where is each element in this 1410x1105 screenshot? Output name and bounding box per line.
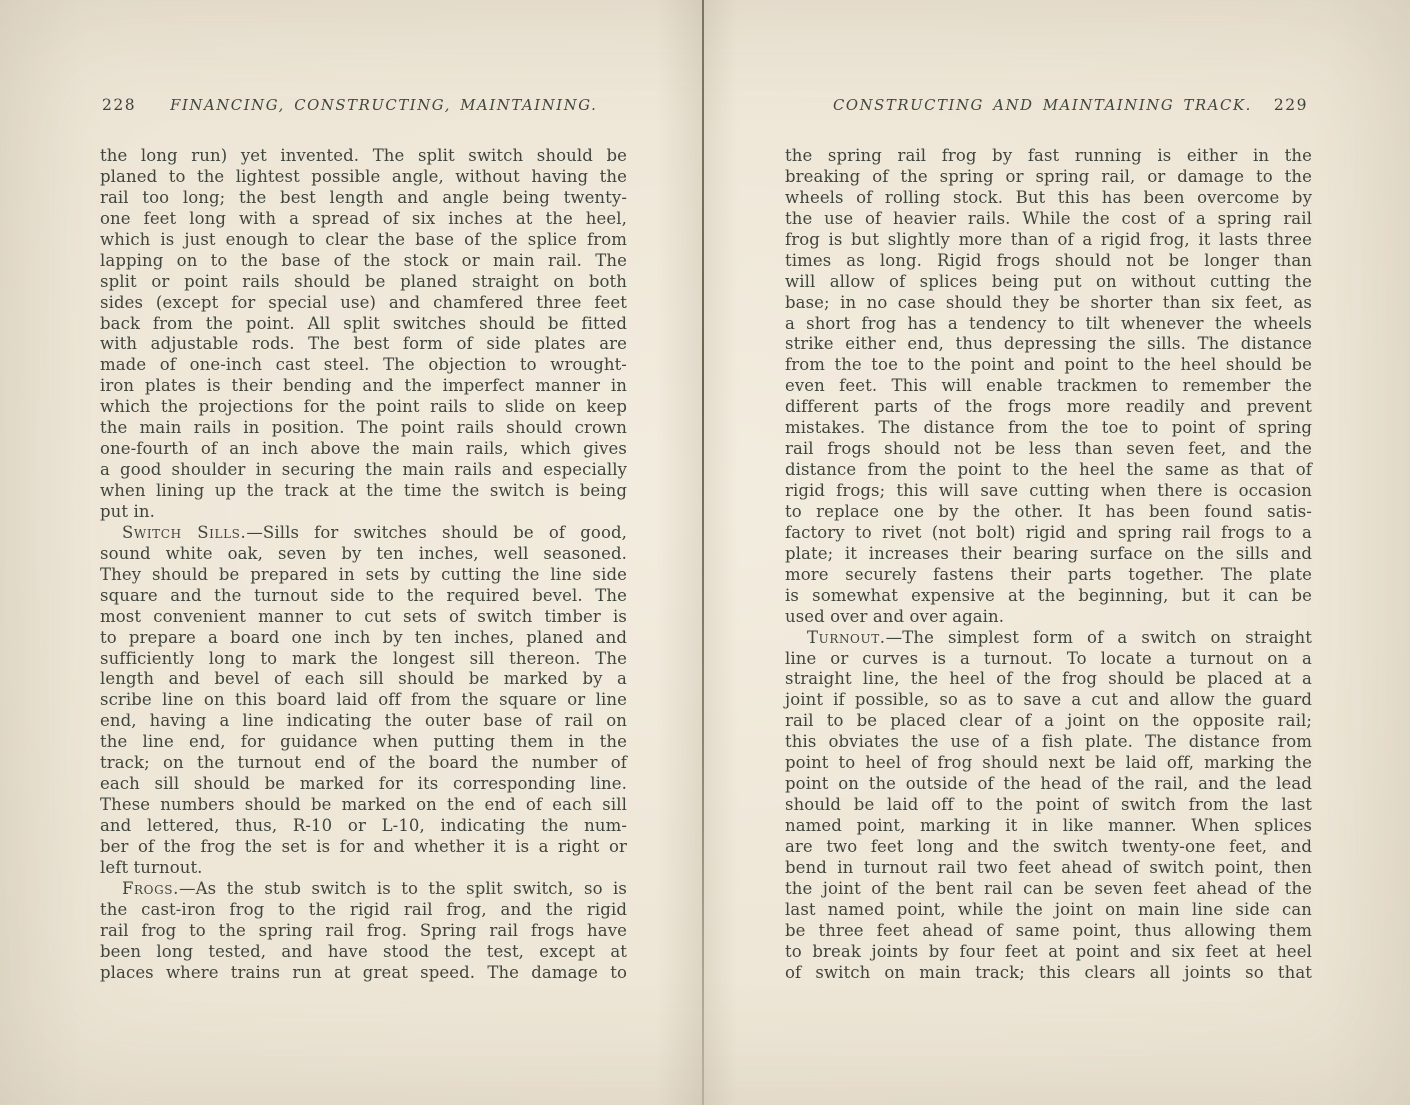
text-line: with adjustable rods. The best form of s… — [100, 334, 627, 355]
text-line: of switch on main track; this clears all… — [785, 963, 1312, 984]
text-line: frog is but slightly more than of a rigi… — [785, 230, 1312, 251]
text-line: rail frog to the spring rail frog. Sprin… — [100, 921, 627, 942]
right-page: CONSTRUCTING AND MAINTAINING TRACK. 229 … — [785, 96, 1312, 984]
text-line: which is just enough to clear the base o… — [100, 230, 627, 251]
text-line: planed to the lightest possible angle, w… — [100, 167, 627, 188]
text-line: put in. — [100, 502, 627, 523]
text-line: split or point rails should be planed st… — [100, 272, 627, 293]
text-line: plate; it increases their bearing surfac… — [785, 544, 1312, 565]
text-line: which the projections for the point rail… — [100, 397, 627, 418]
section-heading: Switch Sills. — [122, 523, 246, 542]
text-line: rail frogs should not be less than seven… — [785, 439, 1312, 460]
text-line: different parts of the frogs more readil… — [785, 397, 1312, 418]
text-line: They should be prepared in sets by cutti… — [100, 565, 627, 586]
text-line: rail to be placed clear of a joint on th… — [785, 711, 1312, 732]
left-text-block: the long run) yet invented. The split sw… — [100, 146, 627, 984]
text-line: times as long. Rigid frogs should not be… — [785, 251, 1312, 272]
text-line: one-fourth of an inch above the main rai… — [100, 439, 627, 460]
text-line: straight line, the heel of the frog shou… — [785, 669, 1312, 690]
text-line: Frogs.—As the stub switch is to the spli… — [100, 879, 627, 900]
text-line: track; on the turnout end of the board t… — [100, 753, 627, 774]
text-line: is somewhat expensive at the beginning, … — [785, 586, 1312, 607]
text-line: rigid frogs; this will save cutting when… — [785, 481, 1312, 502]
text-line: a short frog has a tendency to tilt when… — [785, 314, 1312, 335]
text-line: sides (except for special use) and chamf… — [100, 293, 627, 314]
text-line: the use of heavier rails. While the cost… — [785, 209, 1312, 230]
text-line: used over and over again. — [785, 607, 1312, 628]
text-line: sufficiently long to mark the longest si… — [100, 649, 627, 670]
text-line: more securely fastens their parts togeth… — [785, 565, 1312, 586]
right-page-header: CONSTRUCTING AND MAINTAINING TRACK. 229 — [785, 96, 1312, 120]
text-line: bend in turnout rail two feet ahead of s… — [785, 858, 1312, 879]
text-line: places where trains run at great speed. … — [100, 963, 627, 984]
text-line: be three feet ahead of same point, thus … — [785, 921, 1312, 942]
left-running-head: FINANCING, CONSTRUCTING, MAINTAINING. — [170, 97, 597, 114]
text-line: from the toe to the point and point to t… — [785, 355, 1312, 376]
text-line: square and the turnout side to the requi… — [100, 586, 627, 607]
text-line: These numbers should be marked on the en… — [100, 795, 627, 816]
text-line: scribe line on this board laid off from … — [100, 690, 627, 711]
text-line: factory to rivet (not bolt) rigid and sp… — [785, 523, 1312, 544]
text-line: the line end, for guidance when putting … — [100, 732, 627, 753]
text-line: the cast-iron frog to the rigid rail fro… — [100, 900, 627, 921]
right-page-number: 229 — [1274, 96, 1308, 114]
text-line: the joint of the bent rail can be seven … — [785, 879, 1312, 900]
text-line: line or curves is a turnout. To locate a… — [785, 649, 1312, 670]
right-text-block: the spring rail frog by fast running is … — [785, 146, 1312, 984]
left-page: 228 FINANCING, CONSTRUCTING, MAINTAINING… — [100, 96, 627, 984]
text-line: rail too long; the best length and angle… — [100, 188, 627, 209]
text-line: when lining up the track at the time the… — [100, 481, 627, 502]
section-heading: Frogs. — [122, 879, 179, 898]
text-line: will allow of splices being put on witho… — [785, 272, 1312, 293]
text-line: strike either end, thus depressing the s… — [785, 334, 1312, 355]
text-line: most convenient manner to cut sets of sw… — [100, 607, 627, 628]
text-line: iron plates is their bending and the imp… — [100, 376, 627, 397]
text-line: end, having a line indicating the outer … — [100, 711, 627, 732]
text-line: point to heel of frog should next be lai… — [785, 753, 1312, 774]
text-line: ber of the frog the set is for and wheth… — [100, 837, 627, 858]
text-line: named point, marking it in like manner. … — [785, 816, 1312, 837]
right-running-head: CONSTRUCTING AND MAINTAINING TRACK. — [807, 97, 1252, 114]
page-gutter — [702, 0, 704, 1105]
text-line: the long run) yet invented. The split sw… — [100, 146, 627, 167]
text-line: back from the point. All split switches … — [100, 314, 627, 335]
text-line: are two feet long and the switch twenty-… — [785, 837, 1312, 858]
text-line: to break joints by four feet at point an… — [785, 942, 1312, 963]
text-line: and lettered, thus, R-10 or L-10, indica… — [100, 816, 627, 837]
left-page-number: 228 — [102, 96, 136, 114]
text-line: this obviates the use of a fish plate. T… — [785, 732, 1312, 753]
text-line: lapping on to the base of the stock or m… — [100, 251, 627, 272]
left-page-header: 228 FINANCING, CONSTRUCTING, MAINTAINING… — [100, 96, 627, 120]
text-line: a good shoulder in securing the main rai… — [100, 460, 627, 481]
text-line: Switch Sills.—Sills for switches should … — [100, 523, 627, 544]
text-line: each sill should be marked for its corre… — [100, 774, 627, 795]
text-line: one feet long with a spread of six inche… — [100, 209, 627, 230]
book-spread: 228 FINANCING, CONSTRUCTING, MAINTAINING… — [0, 0, 1410, 1105]
text-line: made of one-inch cast steel. The objecti… — [100, 355, 627, 376]
text-line: to prepare a board one inch by ten inche… — [100, 628, 627, 649]
text-line: distance from the point to the heel the … — [785, 460, 1312, 481]
text-line: Turnout.—The simplest form of a switch o… — [785, 628, 1312, 649]
text-line: to replace one by the other. It has been… — [785, 502, 1312, 523]
text-line: length and bevel of each sill should be … — [100, 669, 627, 690]
text-line: breaking of the spring or spring rail, o… — [785, 167, 1312, 188]
text-line: last named point, while the joint on mai… — [785, 900, 1312, 921]
text-line: should be laid off to the point of switc… — [785, 795, 1312, 816]
text-line: point on the outside of the head of the … — [785, 774, 1312, 795]
text-line: the main rails in position. The point ra… — [100, 418, 627, 439]
text-line: left turnout. — [100, 858, 627, 879]
text-line: sound white oak, seven by ten inches, we… — [100, 544, 627, 565]
text-line: mistakes. The distance from the toe to p… — [785, 418, 1312, 439]
text-line: base; in no case should they be shorter … — [785, 293, 1312, 314]
text-line: joint if possible, so as to save a cut a… — [785, 690, 1312, 711]
text-line: been long tested, and have stood the tes… — [100, 942, 627, 963]
section-heading: Turnout. — [807, 628, 886, 647]
text-line: the spring rail frog by fast running is … — [785, 146, 1312, 167]
text-line: even feet. This will enable trackmen to … — [785, 376, 1312, 397]
text-line: wheels of rolling stock. But this has be… — [785, 188, 1312, 209]
